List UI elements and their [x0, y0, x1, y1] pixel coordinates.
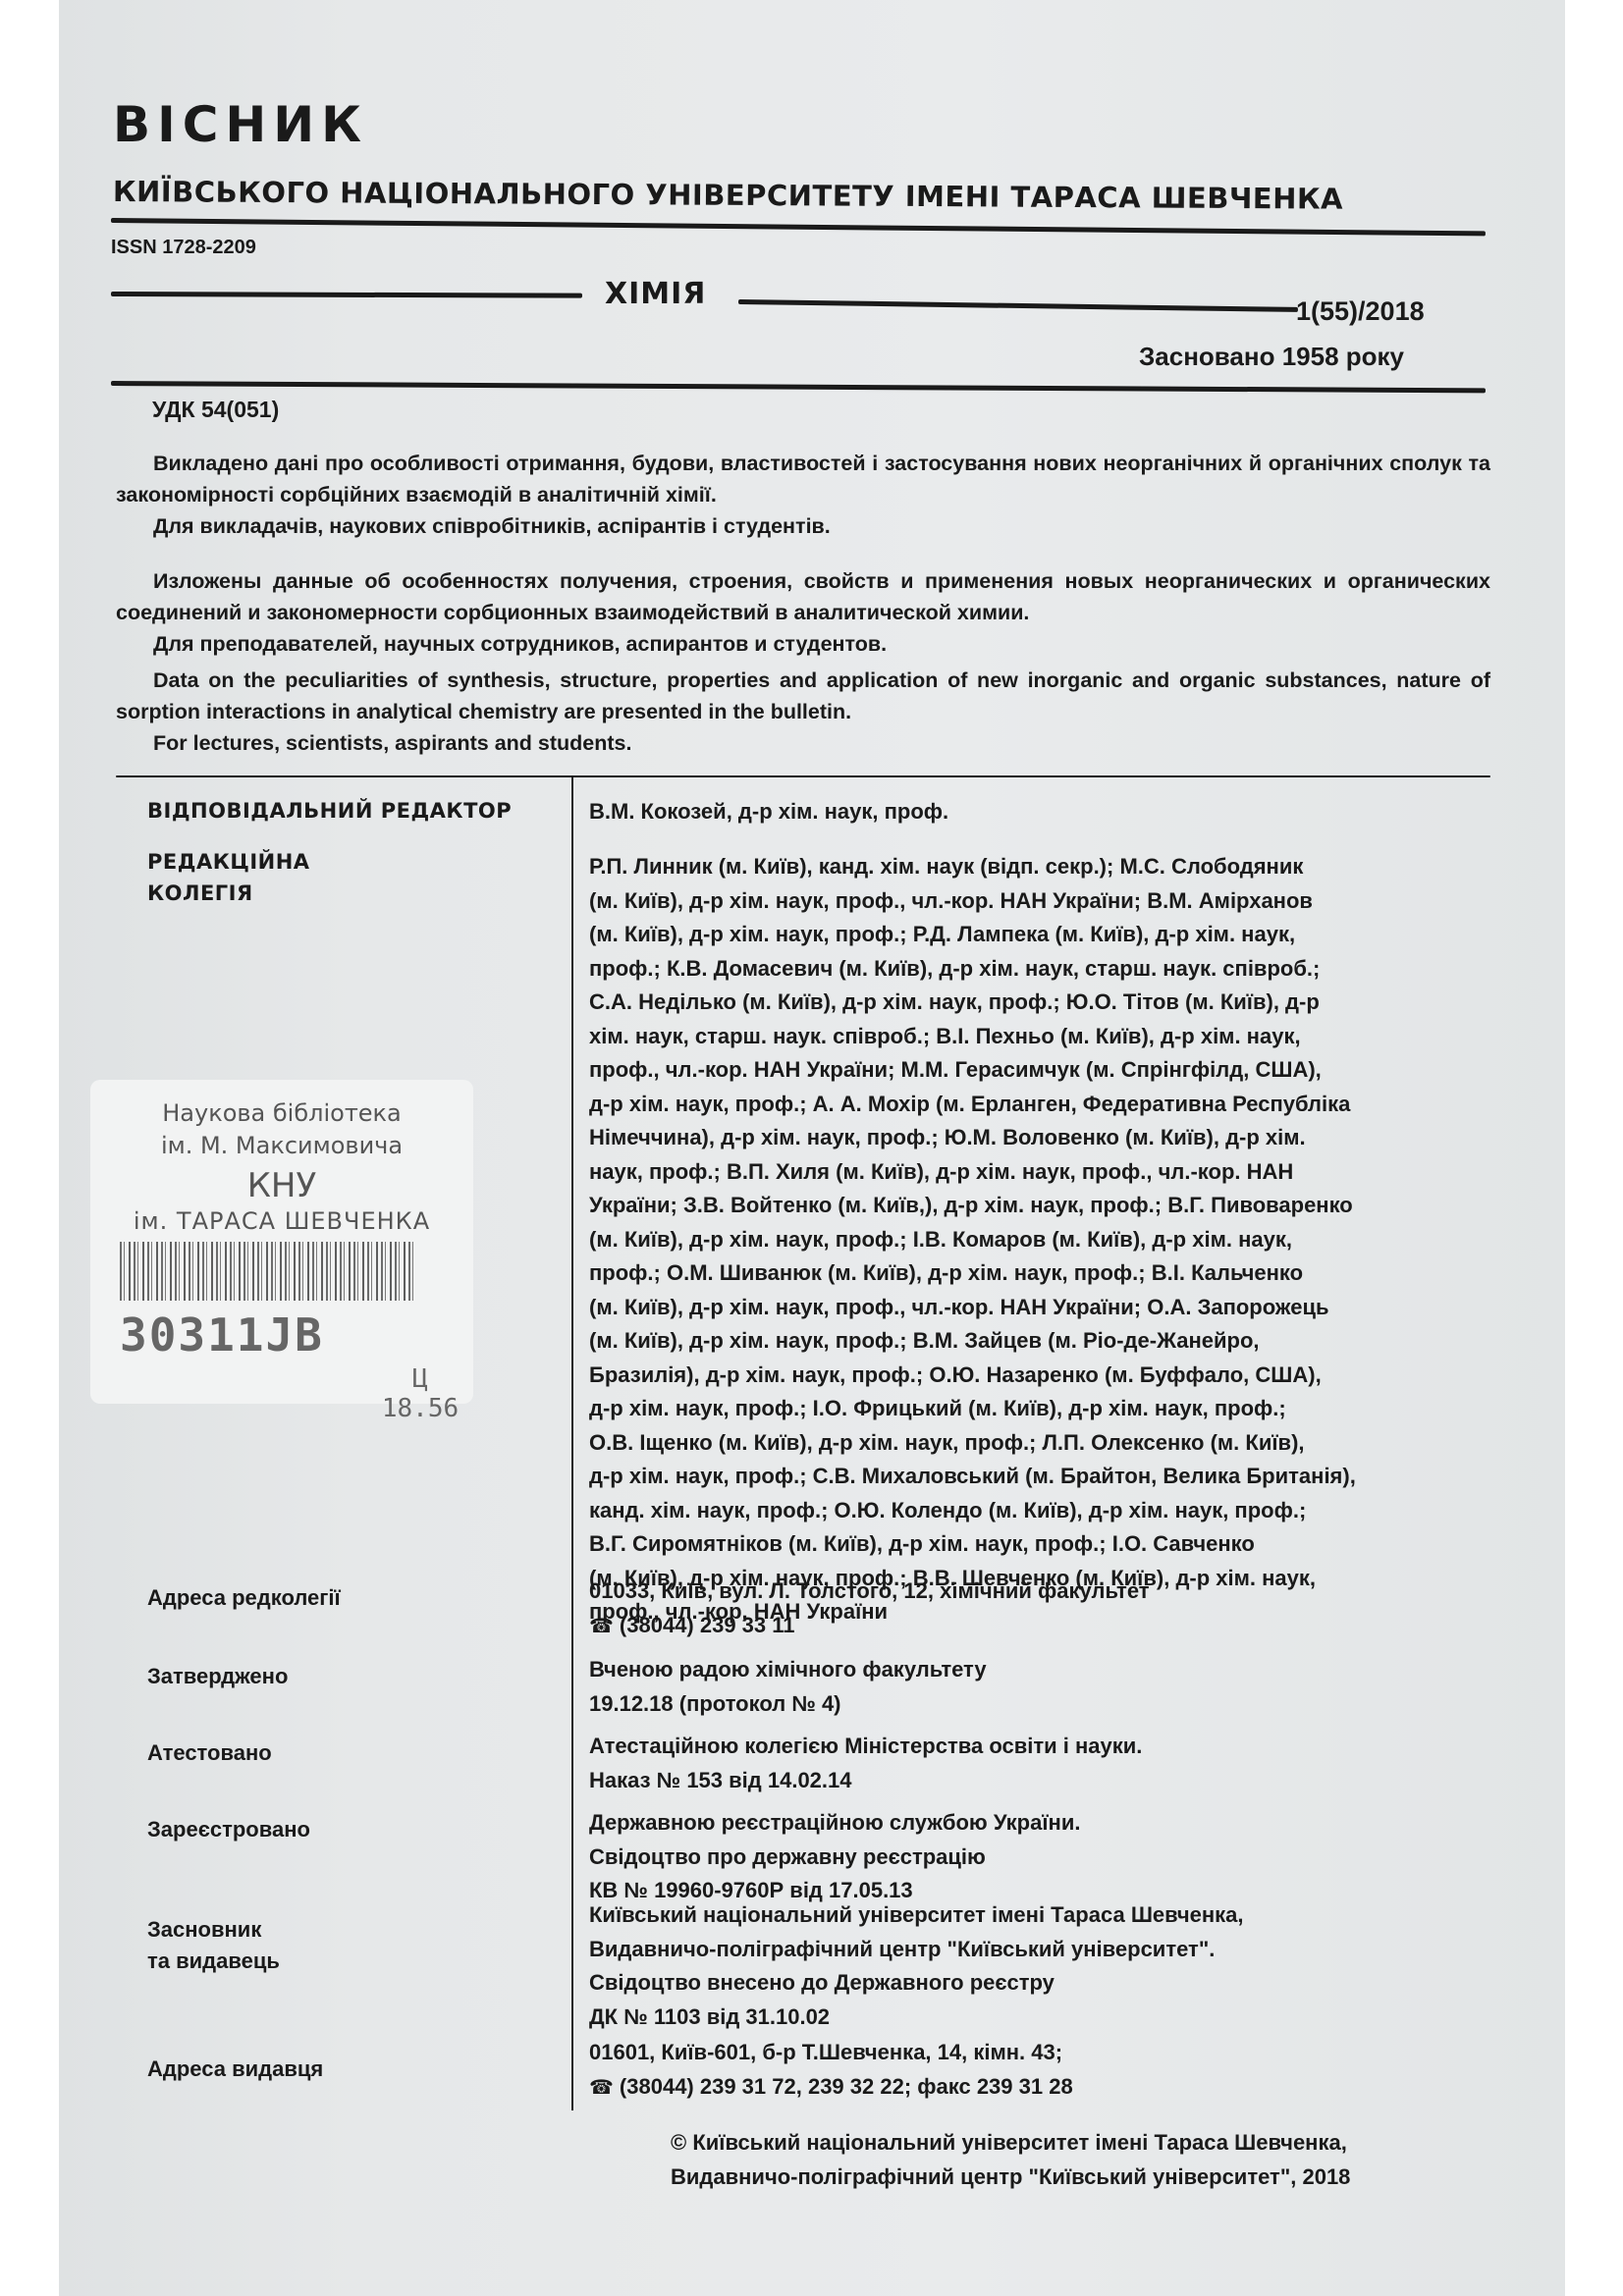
barcode-icon — [120, 1242, 414, 1301]
board-member-line: (м. Київ), д-р хім. наук, проф.; Р.Д. Ла… — [589, 918, 1488, 952]
board-member-line: Бразилія), д-р хім. наук, проф.; О.Ю. На… — [589, 1359, 1488, 1393]
board-member-line: канд. хім. наук, проф.; О.Ю. Колендо (м.… — [589, 1494, 1488, 1528]
editorial-divider — [116, 775, 1490, 777]
copyright: © Київський національний університет іме… — [671, 2125, 1350, 2194]
board-member-line: д-р хім. наук, проф.; А. А. Мохір (м. Ер… — [589, 1088, 1488, 1122]
stamp-shelf-mark: Ц 18.56 — [367, 1364, 473, 1423]
board-member-line: (м. Київ), д-р хім. наук, проф.; В.М. За… — [589, 1324, 1488, 1359]
copyright-line1: © Київський національний університет іме… — [671, 2125, 1350, 2160]
registered-line2: Свідоцтво про державну реєстрацію — [589, 1841, 1488, 1875]
issn: ISSN 1728-2209 — [111, 237, 256, 259]
board-member-line: д-р хім. наук, проф.; С.В. Михаловський … — [589, 1460, 1488, 1494]
certified-label: Атестовано — [147, 1737, 272, 1769]
board-label: РЕДАКЦІЙНА КОЛЕГІЯ — [147, 846, 310, 909]
board-member-line: С.А. Неділько (м. Київ), д-р хім. наук, … — [589, 986, 1488, 1020]
phone-icon: ☎ — [589, 2077, 614, 2099]
abstract-ru-audience: Для преподавателей, научных сотрудников,… — [116, 628, 1490, 660]
editor-label: ВІДПОВІДАЛЬНИЙ РЕДАКТОР — [147, 795, 512, 827]
certified-line1: Атестаційною колегією Міністерства освіт… — [589, 1730, 1488, 1764]
editor-value: В.М. Кокозей, д-р хім. наук, проф. — [589, 795, 1488, 829]
publisher-address-value: 01601, Київ-601, б-р Т.Шевченка, 14, кім… — [589, 2036, 1488, 2105]
abstract-en: Data on the peculiarities of synthesis, … — [116, 665, 1490, 759]
publisher-address-line: 01601, Київ-601, б-р Т.Шевченка, 14, кім… — [589, 2036, 1488, 2070]
founder-label: Засновник та видавець — [147, 1914, 280, 1977]
stamp-code: 30311JB — [120, 1308, 324, 1362]
founder-label-line2: та видавець — [147, 1946, 280, 1977]
approved-label: Затверджено — [147, 1661, 288, 1692]
founder-label-line1: Засновник — [147, 1914, 280, 1946]
founder-line1: Київський національний університет імені… — [589, 1898, 1488, 1933]
address-phone: (38044) 239 33 11 — [620, 1613, 795, 1637]
board-member-line: В.Г. Сиромятніков (м. Київ), д-р хім. на… — [589, 1527, 1488, 1562]
founder-line3: Свідоцтво внесено до Державного реєстру — [589, 1966, 1488, 2001]
board-member-line: проф., чл.-кор. НАН України; М.М. Гераси… — [589, 1053, 1488, 1088]
address-phone-line: ☎(38044) 239 33 11 — [589, 1609, 1488, 1644]
founder-line4: ДК № 1103 від 31.10.02 — [589, 2001, 1488, 2035]
founder-value: Київський національний університет імені… — [589, 1898, 1488, 2034]
certified-value: Атестаційною колегією Міністерства освіт… — [589, 1730, 1488, 1797]
abstract-uk-audience: Для викладачів, наукових співробітників,… — [116, 510, 1490, 542]
library-stamp: Наукова бібліотека ім. М. Максимовича КН… — [90, 1080, 473, 1404]
abstract-en-text: Data on the peculiarities of synthesis, … — [116, 665, 1490, 727]
abstract-ru: Изложены данные об особенностях получени… — [116, 565, 1490, 660]
board-label-line1: РЕДАКЦІЙНА — [147, 846, 310, 878]
abstract-uk: Викладено дані про особливості отримання… — [116, 448, 1490, 542]
board-member-line: Німеччина), д-р хім. наук, проф.; Ю.М. В… — [589, 1121, 1488, 1155]
board-member-line: (м. Київ), д-р хім. наук, проф.; І.В. Ко… — [589, 1223, 1488, 1257]
board-member-line: хім. наук, старш. наук. співроб.; В.І. П… — [589, 1020, 1488, 1054]
board-member-line: д-р хім. наук, проф.; І.О. Фрицький (м. … — [589, 1392, 1488, 1426]
stamp-line3: КНУ — [90, 1166, 473, 1205]
abstract-ru-text: Изложены данные об особенностях получени… — [116, 565, 1490, 628]
phone-icon: ☎ — [589, 1616, 614, 1637]
stamp-line1: Наукова бібліотека — [90, 1099, 473, 1127]
section-title: ХІМІЯ — [605, 277, 706, 311]
certified-line2: Наказ № 153 від 14.02.14 — [589, 1764, 1488, 1798]
editorial-board-list: Р.П. Линник (м. Київ), канд. хім. наук (… — [589, 850, 1488, 1629]
issue-number: 1(55)/2018 — [1296, 296, 1425, 327]
stamp-line2: ім. М. Максимовича — [90, 1132, 473, 1159]
publisher-phone: (38044) 239 31 72, 239 32 22; факс 239 3… — [620, 2074, 1073, 2099]
address-line: 01033, Київ, вул. Л. Толстого, 12, хіміч… — [589, 1575, 1488, 1609]
journal-title: ВІСНИК — [113, 96, 368, 153]
abstract-uk-text: Викладено дані про особливості отримання… — [116, 448, 1490, 510]
address-value: 01033, Київ, вул. Л. Толстого, 12, хіміч… — [589, 1575, 1488, 1643]
board-member-line: наук, проф.; В.П. Хиля (м. Київ), д-р хі… — [589, 1155, 1488, 1190]
board-member-line: (м. Київ), д-р хім. наук, проф., чл.-кор… — [589, 884, 1488, 919]
board-label-line2: КОЛЕГІЯ — [147, 878, 310, 909]
board-member-line: проф.; О.М. Шиванюк (м. Київ), д-р хім. … — [589, 1256, 1488, 1291]
stamp-line4: ім. ТАРАСА ШЕВЧЕНКА — [90, 1207, 473, 1235]
founded-year: Засновано 1958 року — [1139, 342, 1404, 372]
address-label: Адреса редколегії — [147, 1582, 341, 1614]
board-member-line: проф.; К.В. Домасевич (м. Київ), д-р хім… — [589, 952, 1488, 987]
founder-line2: Видавничо-поліграфічний центр "Київський… — [589, 1933, 1488, 1967]
registered-label: Зареєстровано — [147, 1814, 310, 1845]
board-member-line: України; З.В. Войтенко (м. Київ,), д-р х… — [589, 1189, 1488, 1223]
board-member-line: Р.П. Линник (м. Київ), канд. хім. наук (… — [589, 850, 1488, 884]
column-divider — [571, 777, 573, 2110]
approved-value: Вченою радою хімічного факультету 19.12.… — [589, 1653, 1488, 1721]
publisher-phone-line: ☎(38044) 239 31 72, 239 32 22; факс 239 … — [589, 2070, 1488, 2106]
approved-line2: 19.12.18 (протокол № 4) — [589, 1687, 1488, 1722]
board-member-line: (м. Київ), д-р хім. наук, проф., чл.-кор… — [589, 1291, 1488, 1325]
board-member-line: О.В. Іщенко (м. Київ), д-р хім. наук, пр… — [589, 1426, 1488, 1461]
registered-value: Державною реєстраційною службою України.… — [589, 1806, 1488, 1908]
udk-code: УДК 54(051) — [152, 397, 279, 423]
copyright-line2: Видавничо-поліграфічний центр "Київський… — [671, 2160, 1350, 2194]
publisher-address-label: Адреса видавця — [147, 2054, 323, 2085]
approved-line1: Вченою радою хімічного факультету — [589, 1653, 1488, 1687]
abstract-en-audience: For lectures, scientists, aspirants and … — [116, 727, 1490, 759]
registered-line1: Державною реєстраційною службою України. — [589, 1806, 1488, 1841]
